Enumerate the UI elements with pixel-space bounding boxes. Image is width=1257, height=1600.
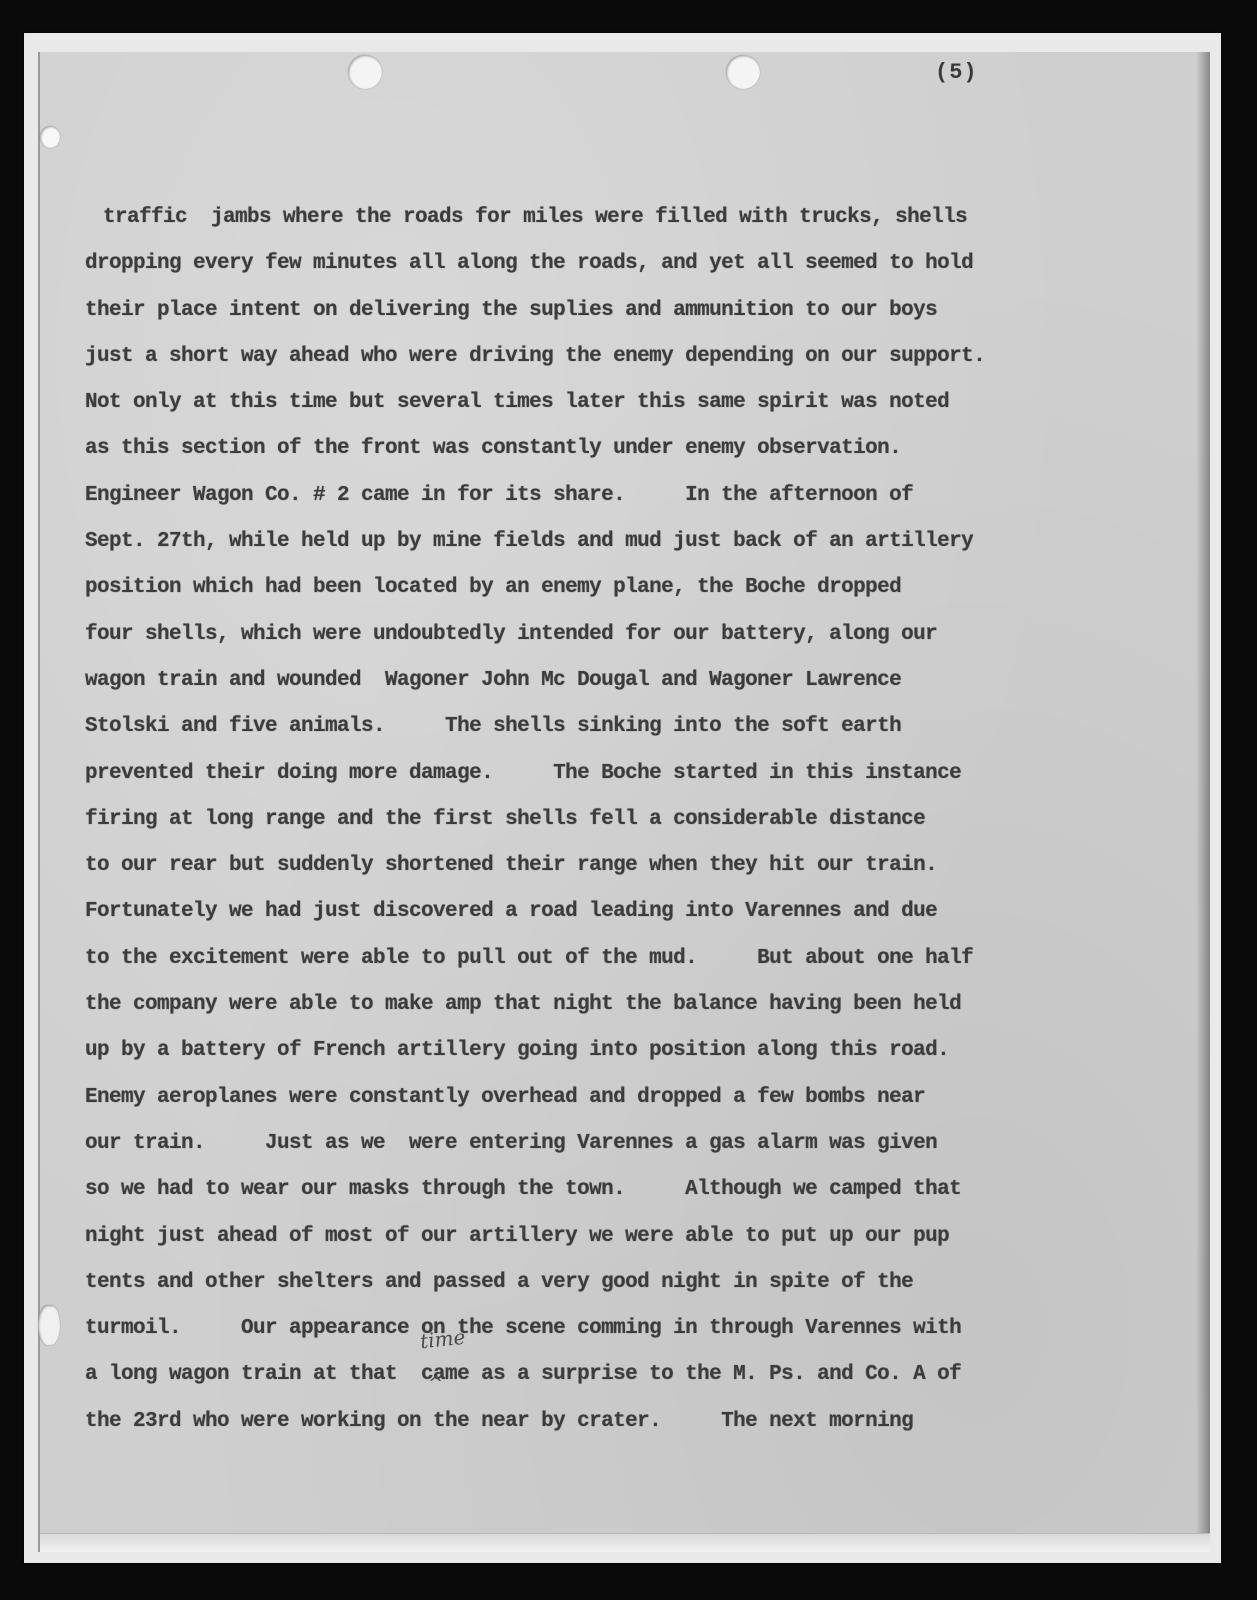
text-line: their place intent on delivering the sup… <box>85 288 1145 334</box>
text-line: position which had been located by an en… <box>85 565 1145 611</box>
page-edge-shadow <box>1196 52 1210 1552</box>
text-line: to our rear but suddenly shortened their… <box>85 843 1145 889</box>
text-line: as this section of the front was constan… <box>85 426 1145 472</box>
text-line: up by a battery of French artillery goin… <box>85 1028 1145 1074</box>
page-bottom-fold <box>40 1533 1210 1552</box>
text-line: firing at long range and the first shell… <box>85 797 1145 843</box>
text-line: Sept. 27th, while held up by mine fields… <box>85 519 1145 565</box>
text-line: Stolski and five animals. The shells sin… <box>85 704 1145 750</box>
insertion-caret-icon: ^ <box>428 1373 443 1394</box>
text-line: four shells, which were undoubtedly inte… <box>85 612 1145 658</box>
text-line: Engineer Wagon Co. # 2 came in for its s… <box>85 473 1145 519</box>
punch-hole-icon <box>348 55 382 89</box>
text-line: the 23rd who were working on the near by… <box>85 1399 1145 1445</box>
text-line: just a short way ahead who were driving … <box>85 334 1145 380</box>
typewritten-body: traffic jambs where the roads for miles … <box>85 195 1145 1445</box>
punch-hole-icon <box>40 126 60 148</box>
text-line: Fortunately we had just discovered a roa… <box>85 889 1145 935</box>
page-number: (5) <box>935 60 978 85</box>
text-line: Enemy aeroplanes were constantly overhea… <box>85 1075 1145 1121</box>
handwritten-insertion: time <box>419 1325 466 1354</box>
text-line: the company were able to make amp that n… <box>85 982 1145 1028</box>
text-line: so we had to wear our masks through the … <box>85 1167 1145 1213</box>
text-line: Not only at this time but several times … <box>85 380 1145 426</box>
text-line: to the excitement were able to pull out … <box>85 936 1145 982</box>
text-line: a long wagon train at that came as a sur… <box>85 1352 1145 1398</box>
text-line: tents and other shelters and passed a ve… <box>85 1260 1145 1306</box>
text-line: night just ahead of most of our artiller… <box>85 1214 1145 1260</box>
text-line: our train. Just as we were entering Vare… <box>85 1121 1145 1167</box>
punch-hole-icon <box>38 1305 60 1345</box>
text-line: wagon train and wounded Wagoner John Mc … <box>85 658 1145 704</box>
text-line: traffic jambs where the roads for miles … <box>85 195 1145 241</box>
text-line: prevented their doing more damage. The B… <box>85 751 1145 797</box>
text-line: turmoil. Our appearance on the scene com… <box>85 1306 1145 1352</box>
punch-hole-icon <box>726 55 760 89</box>
text-line: dropping every few minutes all along the… <box>85 241 1145 287</box>
